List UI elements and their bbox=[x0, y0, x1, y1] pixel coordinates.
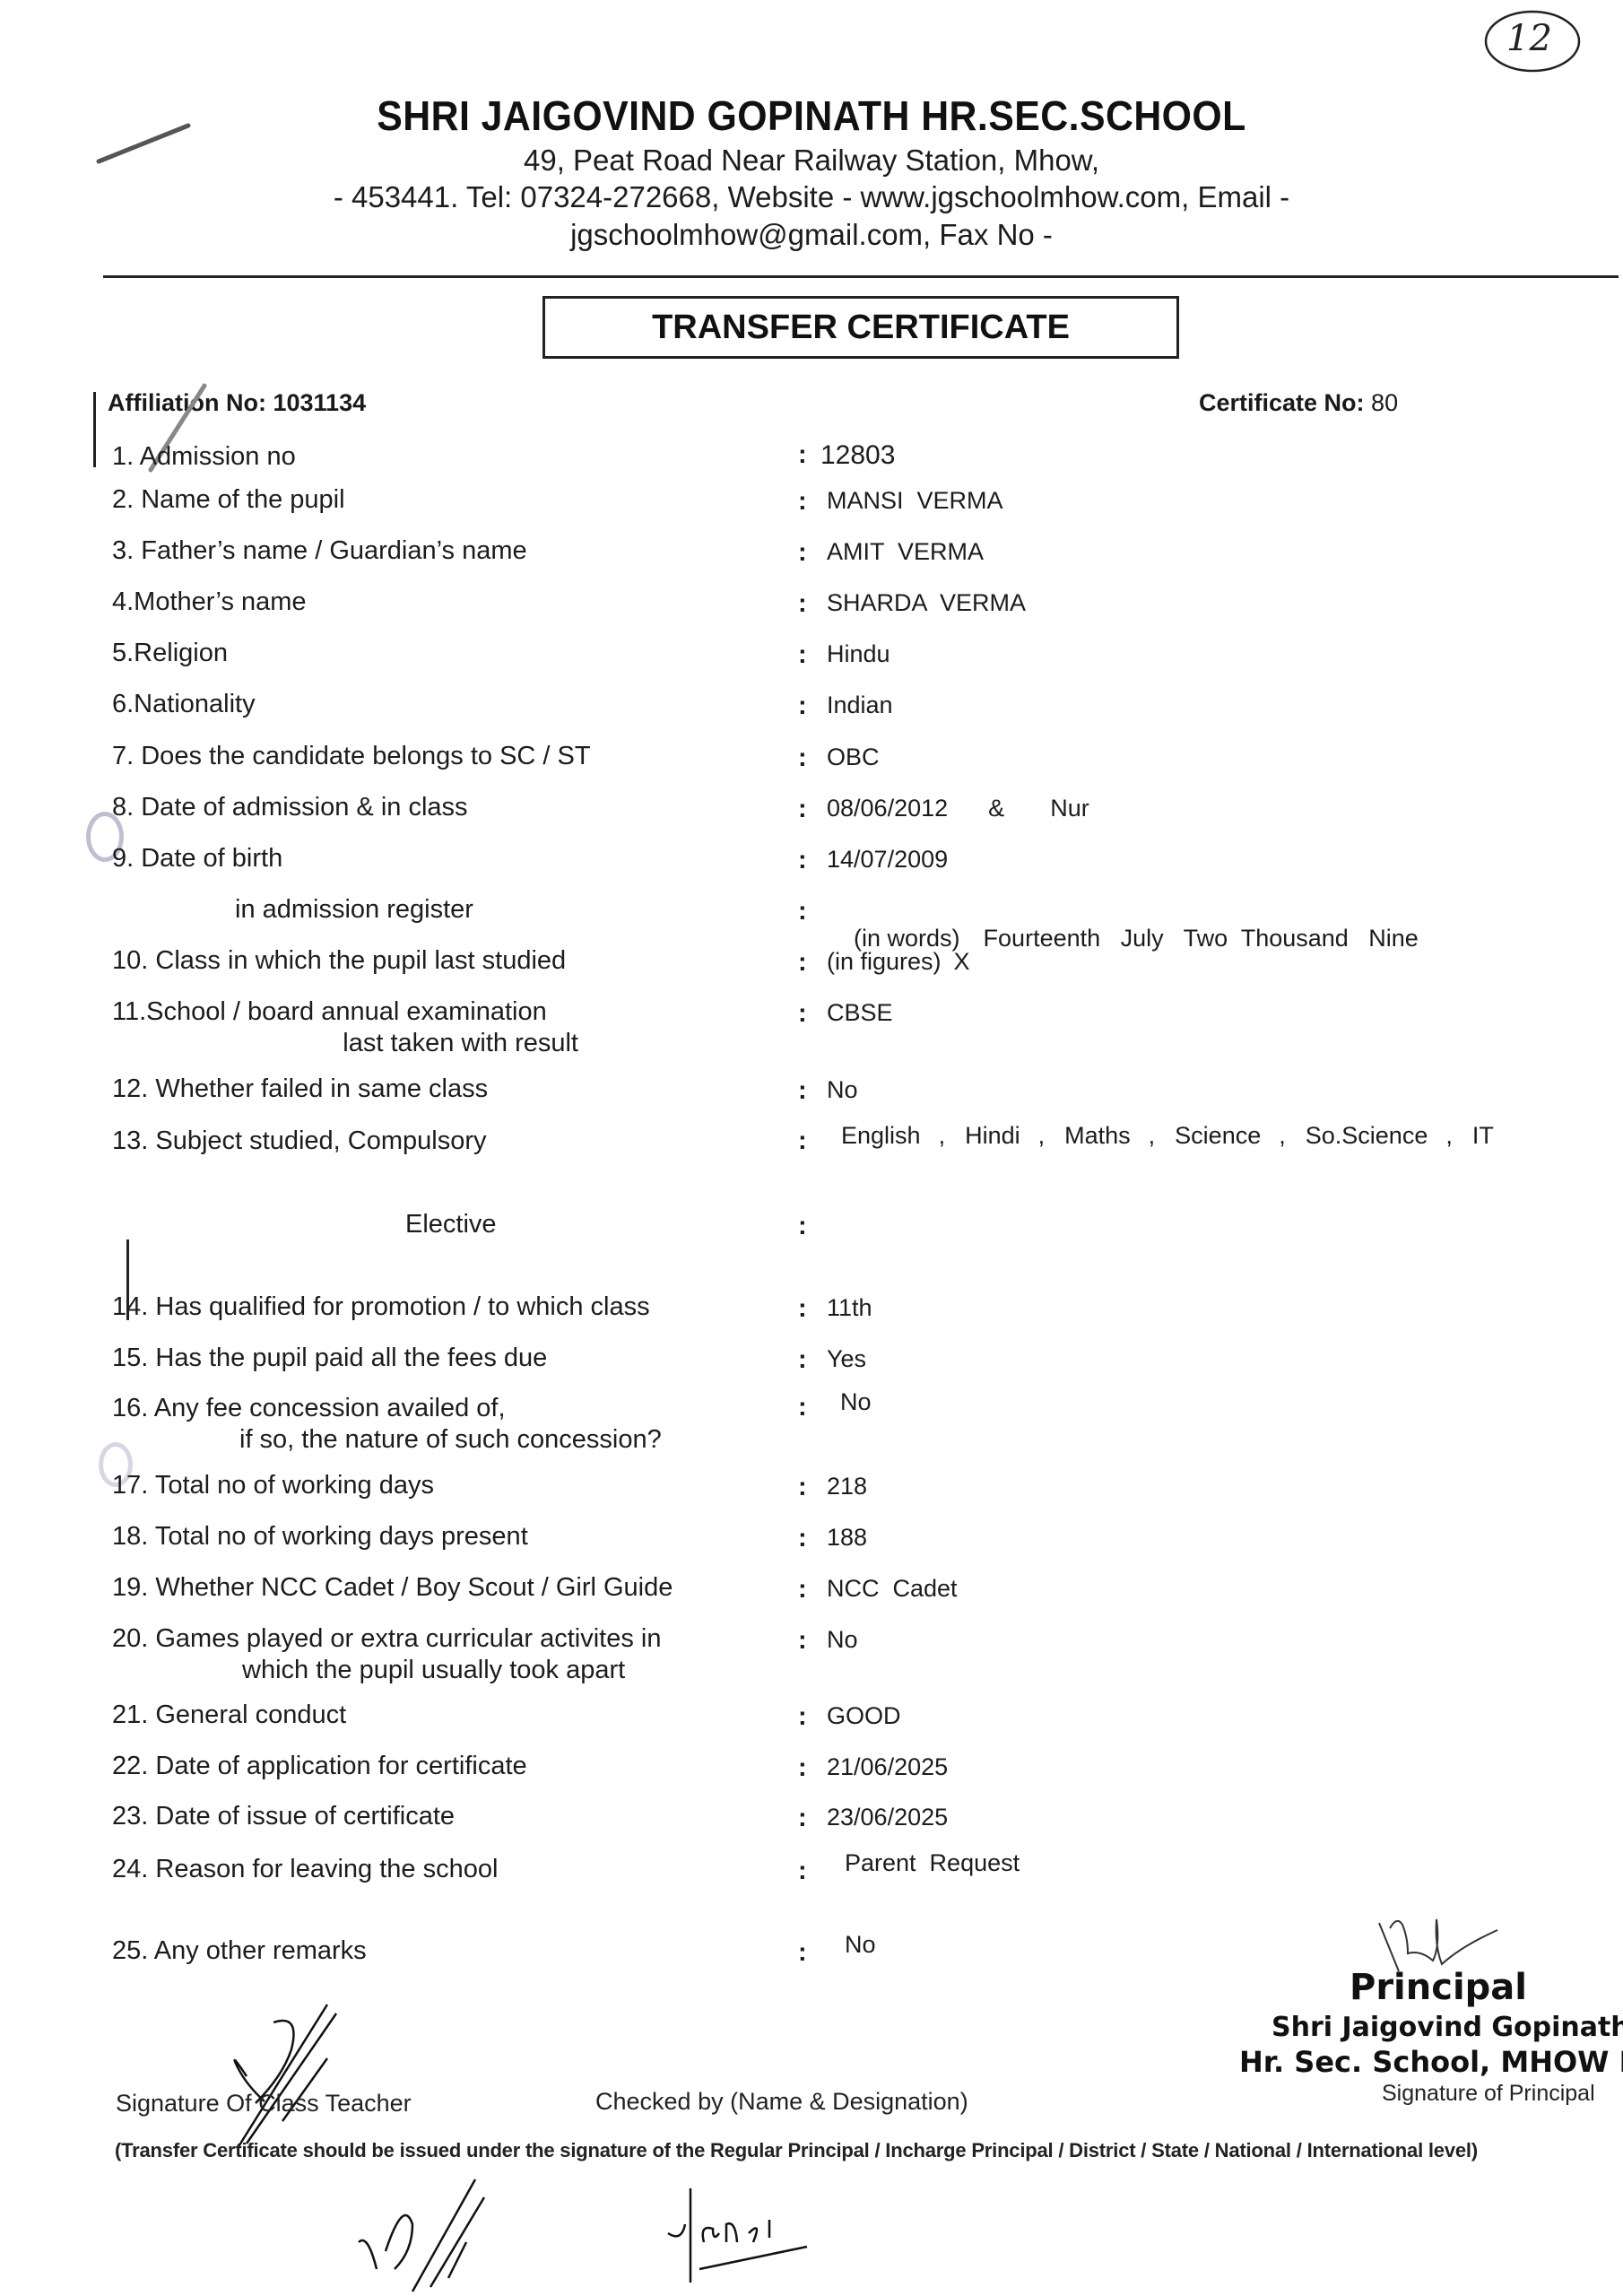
issue-date-value: 23/06/2025 bbox=[827, 1804, 948, 1831]
field-colon: : bbox=[798, 538, 807, 568]
field-label: 7. Does the candidate belongs to SC / ST bbox=[112, 742, 591, 771]
subject-item: IT bbox=[1472, 1122, 1494, 1149]
subject-separator: , bbox=[939, 1122, 946, 1149]
field-label: 16. Any fee concession availed of, if so… bbox=[112, 1394, 662, 1455]
fees-paid-value: Yes bbox=[827, 1345, 866, 1373]
admission-number-value: 12803 bbox=[820, 440, 895, 471]
field-colon: : bbox=[798, 1626, 807, 1656]
field-label: 22. Date of application for certificate bbox=[112, 1752, 527, 1781]
field-label-line2: which the pupil usually took apart bbox=[242, 1656, 661, 1685]
working-days-value: 218 bbox=[827, 1473, 867, 1500]
subject-separator: , bbox=[1279, 1122, 1286, 1149]
principal-stamp-line2: Hr. Sec. School, MHOW M.P bbox=[1239, 2045, 1623, 2079]
certificate-label: Certificate No: bbox=[1199, 389, 1365, 416]
field-colon: : bbox=[798, 1294, 807, 1324]
field-label: 9. Date of birth bbox=[112, 844, 282, 874]
field-colon: : bbox=[798, 640, 807, 670]
dob-value: 14/07/2009 bbox=[827, 846, 948, 874]
field-label: 14. Has qualified for promotion / to whi… bbox=[112, 1292, 650, 1322]
field-colon: : bbox=[798, 1393, 807, 1422]
certificate-value: 80 bbox=[1371, 389, 1398, 416]
subject-separator: , bbox=[1445, 1122, 1453, 1149]
promotion-class-value: 11th bbox=[827, 1294, 872, 1322]
days-present-value: 188 bbox=[827, 1524, 867, 1552]
field-colon: : bbox=[798, 589, 807, 619]
page-number-text: 12 bbox=[1506, 18, 1552, 59]
checked-by-label: Checked by (Name & Designation) bbox=[595, 2088, 968, 2116]
last-class: X bbox=[954, 948, 970, 975]
field-colon: : bbox=[798, 1524, 807, 1553]
field-colon: : bbox=[798, 1345, 807, 1375]
field-label: 18. Total no of working days present bbox=[112, 1522, 528, 1552]
field-label: 17. Total no of working days bbox=[112, 1471, 434, 1500]
pupil-name-value: MANSI VERMA bbox=[827, 487, 1003, 515]
field-colon: : bbox=[798, 1575, 807, 1605]
school-address-line3: jgschoolmhow@gmail.com, Fax No - bbox=[0, 218, 1623, 252]
conduct-value: GOOD bbox=[827, 1702, 901, 1730]
field-colon: : bbox=[798, 948, 807, 978]
field-colon: : bbox=[798, 897, 807, 926]
religion-value: Hindu bbox=[827, 640, 890, 668]
field-label: 23. Date of issue of certificate bbox=[112, 1802, 455, 1831]
field-colon: : bbox=[798, 846, 807, 875]
page-number-marker: 12 bbox=[1480, 5, 1585, 75]
field-colon: : bbox=[798, 1076, 807, 1106]
margin-mark bbox=[93, 392, 96, 467]
nationality-value: Indian bbox=[827, 691, 893, 719]
admission-amp: & bbox=[988, 795, 1004, 822]
principal-stamp-title: Principal bbox=[1350, 1967, 1527, 2008]
last-class-prefix: (in figures) bbox=[827, 948, 942, 975]
field-label: 2. Name of the pupil bbox=[112, 485, 345, 515]
field-label: 20. Games played or extra curricular act… bbox=[112, 1624, 661, 1685]
school-address-line2: - 453441. Tel: 07324-272668, Website - w… bbox=[0, 180, 1623, 214]
school-name: SHRI JAIGOVIND GOPINATH HR.SEC.SCHOOL bbox=[15, 91, 1608, 140]
fee-concession-value: No bbox=[840, 1388, 872, 1416]
remarks-value: No bbox=[845, 1931, 876, 1959]
field-colon: : bbox=[798, 440, 807, 470]
failed-value: No bbox=[827, 1076, 858, 1104]
field-colon: : bbox=[798, 1212, 807, 1241]
student-signature-icon bbox=[664, 2179, 816, 2287]
field-label: Elective bbox=[405, 1210, 497, 1239]
field-label-line1: 20. Games played or extra curricular act… bbox=[112, 1624, 661, 1654]
field-label-line2: if so, the nature of such concession? bbox=[239, 1425, 662, 1455]
subject-item: English bbox=[841, 1122, 921, 1149]
field-colon: : bbox=[798, 744, 807, 773]
subject-item: Maths bbox=[1064, 1122, 1131, 1149]
affiliation-value: 1031134 bbox=[273, 389, 366, 416]
document-title: TRANSFER CERTIFICATE bbox=[652, 309, 1070, 346]
field-label: 25. Any other remarks bbox=[112, 1936, 367, 1966]
teacher-initials-icon bbox=[350, 2170, 538, 2296]
field-label: 6.Nationality bbox=[112, 690, 256, 719]
header-divider bbox=[103, 275, 1619, 278]
subject-separator: , bbox=[1038, 1122, 1046, 1149]
exam-board-value: CBSE bbox=[827, 999, 893, 1027]
field-label: in admission register bbox=[235, 895, 473, 925]
compulsory-subjects: English,Hindi,Maths,Science,So.Science,I… bbox=[841, 1122, 1494, 1150]
father-name-value: AMIT VERMA bbox=[827, 538, 984, 566]
field-label: 8. Date of admission & in class bbox=[112, 793, 468, 822]
category-value: OBC bbox=[827, 744, 880, 771]
principal-signature-label: Signature of Principal bbox=[1382, 2081, 1595, 2107]
extra-curricular-value: No bbox=[827, 1626, 858, 1654]
field-colon: : bbox=[798, 1702, 807, 1732]
certificate-number: Certificate No: 80 bbox=[1199, 389, 1398, 417]
admission-date: 08/06/2012 bbox=[827, 795, 948, 822]
field-label: 1. Admission no bbox=[112, 442, 296, 472]
field-label: 11.School / board annual examination las… bbox=[112, 997, 578, 1058]
subject-item: Hindi bbox=[965, 1122, 1020, 1149]
class-teacher-label: Signature Of Class Teacher bbox=[116, 2090, 412, 2118]
ncc-value: NCC Cadet bbox=[827, 1575, 958, 1603]
field-colon: : bbox=[798, 487, 807, 517]
field-label-line2: last taken with result bbox=[112, 1029, 578, 1058]
school-address-line1: 49, Peat Road Near Railway Station, Mhow… bbox=[0, 143, 1623, 178]
field-label: 13. Subject studied, Compulsory bbox=[112, 1126, 487, 1156]
class-teacher-signature-icon bbox=[193, 1996, 354, 2152]
field-colon: : bbox=[798, 795, 807, 824]
last-class-value: (in figures)X bbox=[827, 948, 970, 976]
application-date-value: 21/06/2025 bbox=[827, 1753, 948, 1781]
field-label: 15. Has the pupil paid all the fees due bbox=[112, 1344, 547, 1373]
field-colon: : bbox=[798, 1804, 807, 1833]
principal-stamp-line1: Shri Jaigovind Gopinath bbox=[1271, 2012, 1623, 2043]
admission-class: Nur bbox=[1050, 795, 1089, 822]
field-label: 4.Mother’s name bbox=[112, 587, 307, 617]
field-label: 3. Father’s name / Guardian’s name bbox=[112, 536, 527, 566]
field-colon: : bbox=[798, 1857, 807, 1886]
admission-date-value: 08/06/2012 & Nur bbox=[827, 795, 1089, 822]
field-colon: : bbox=[798, 999, 807, 1029]
field-label-line1: 11.School / board annual examination bbox=[112, 997, 578, 1027]
subject-item: So.Science bbox=[1306, 1122, 1428, 1149]
field-colon: : bbox=[798, 1938, 807, 1968]
field-colon: : bbox=[798, 1753, 807, 1783]
field-colon: : bbox=[798, 1126, 807, 1156]
field-label: 5.Religion bbox=[112, 639, 228, 668]
field-label: 24. Reason for leaving the school bbox=[112, 1855, 498, 1884]
leaving-reason-value: Parent Request bbox=[845, 1849, 1020, 1877]
field-label: 19. Whether NCC Cadet / Boy Scout / Girl… bbox=[112, 1573, 673, 1603]
field-label: 12. Whether failed in same class bbox=[112, 1074, 488, 1104]
subject-separator: , bbox=[1149, 1122, 1156, 1149]
field-colon: : bbox=[798, 691, 807, 721]
issuance-note: (Transfer Certificate should be issued u… bbox=[115, 2139, 1478, 2162]
dob-words: Fourteenth July Two Thousand Nine bbox=[984, 925, 1419, 952]
field-label: 10. Class in which the pupil last studie… bbox=[112, 946, 566, 976]
field-colon: : bbox=[798, 1473, 807, 1502]
title-box: TRANSFER CERTIFICATE bbox=[542, 296, 1179, 359]
mother-name-value: SHARDA VERMA bbox=[827, 589, 1026, 617]
field-label-line1: 16. Any fee concession availed of, bbox=[112, 1394, 662, 1423]
field-label: 21. General conduct bbox=[112, 1700, 346, 1730]
subject-item: Science bbox=[1175, 1122, 1261, 1149]
